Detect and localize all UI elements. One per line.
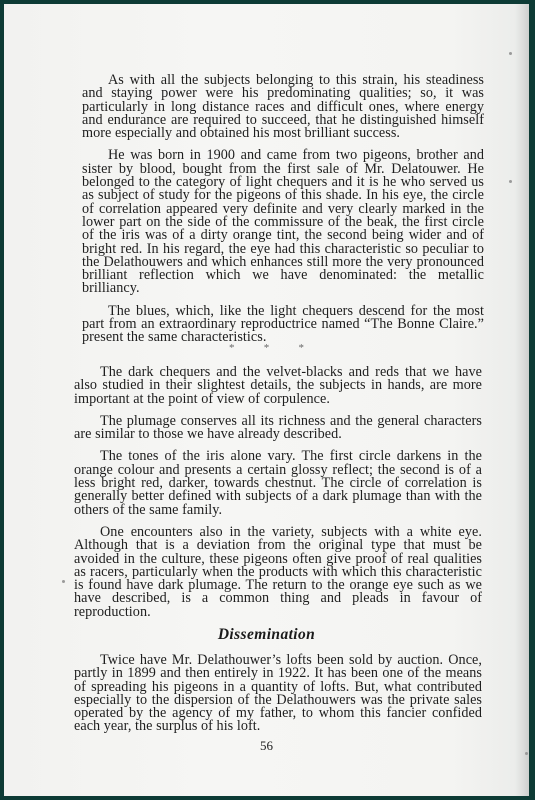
paper-speck (509, 180, 512, 183)
page-gutter-shadow (515, 4, 529, 796)
text-block-bottom: Twice have Mr. Delathouwer’s lofts been … (74, 654, 482, 734)
asterisk: * (251, 342, 283, 354)
paragraph: The tones of the iris alone vary. The fi… (74, 450, 482, 516)
paragraph: As with all the subjects belonging to th… (82, 74, 484, 140)
paragraph: The dark chequers and the velvet-blacks … (74, 366, 482, 406)
paragraph: Twice have Mr. Delathouwer’s lofts been … (74, 654, 482, 734)
asterisk: * (285, 342, 317, 354)
paper-speck (509, 52, 512, 55)
paper-speck (525, 752, 528, 755)
section-separator: * * * (4, 342, 529, 354)
asterisk: * (216, 342, 248, 354)
section-heading: Dissemination (4, 626, 529, 644)
page-number: 56 (4, 738, 529, 754)
paragraph: The plumage conserves all its richness a… (74, 415, 482, 442)
text-block-middle: The dark chequers and the velvet-blacks … (74, 366, 482, 619)
paragraph: The blues, which, like the light chequer… (82, 305, 484, 345)
book-page: As with all the subjects belonging to th… (4, 4, 529, 796)
paragraph: He was born in 1900 and came from two pi… (82, 149, 484, 295)
paragraph: One encounters also in the variety, subj… (74, 526, 482, 619)
text-block-top: As with all the subjects belonging to th… (82, 74, 484, 345)
paper-speck (62, 580, 65, 583)
